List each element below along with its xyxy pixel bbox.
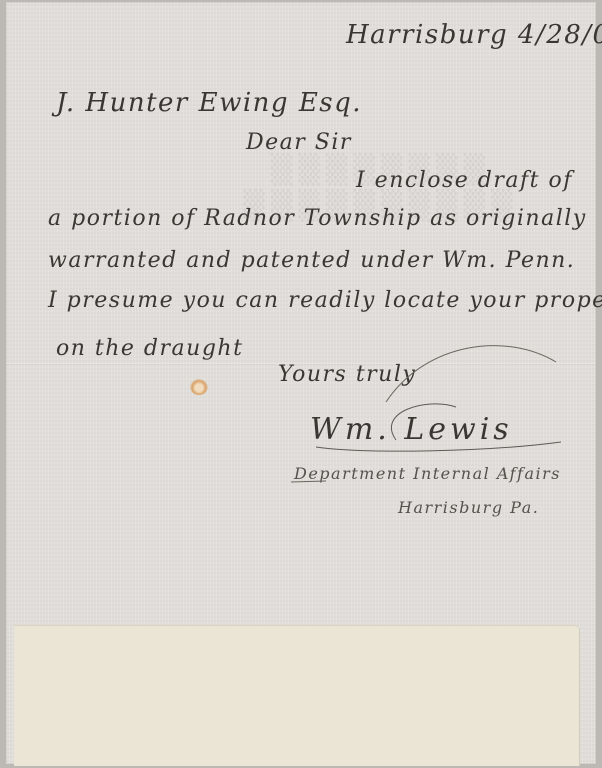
body-line-5: on the draught [56, 336, 243, 361]
signature-location: Harrisburg Pa. [398, 498, 539, 517]
addressee: J. Hunter Ewing Esq. [56, 88, 362, 118]
signature-department: Department Internal Affairs [294, 464, 561, 483]
body-line-3: warranted and patented under Wm. Penn. [48, 248, 575, 273]
paper-stain [190, 379, 208, 395]
document-scan: ▒▒▒▒▒▒▒▒▒▒▒▒▒▒▒▒▒▒ Harrisburg 4/28/06 J.… [0, 0, 602, 768]
closing: Yours truly [278, 362, 416, 387]
letter-sheet: ▒▒▒▒▒▒▒▒▒▒▒▒▒▒▒▒▒▒ Harrisburg 4/28/06 J.… [6, 2, 596, 764]
body-line-1: I enclose draft of [356, 168, 573, 193]
lower-paper-strip [14, 626, 579, 766]
signature: Wm. Lewis [310, 412, 513, 447]
salutation: Dear Sir [246, 130, 352, 155]
body-line-2: a portion of Radnor Township as original… [48, 206, 587, 231]
dateline: Harrisburg 4/28/06 [346, 20, 602, 50]
body-line-4: I presume you can readily locate your pr… [48, 288, 602, 313]
